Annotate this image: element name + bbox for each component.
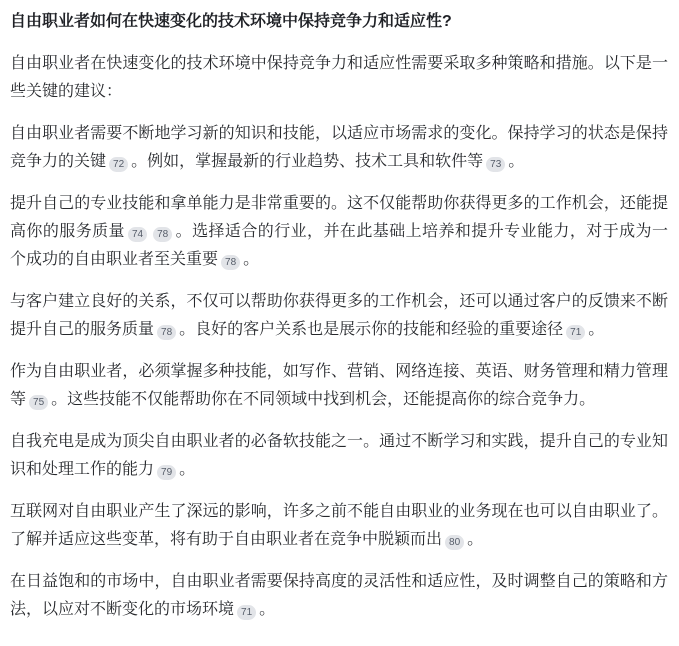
paragraph: 作为自由职业者，必须掌握多种技能，如写作、营销、网络连接、英语、财务管理和精力管… xyxy=(10,358,668,414)
citation-badge[interactable]: 75 xyxy=(29,395,48,410)
citation-badge[interactable]: 79 xyxy=(157,465,176,480)
citation-badge[interactable]: 78 xyxy=(221,255,240,270)
paragraph: 互联网对自由职业产生了深远的影响，许多之前不能自由职业的业务现在也可以自由职业了… xyxy=(10,498,668,554)
paragraph: 在日益饱和的市场中，自由职业者需要保持高度的灵活性和适应性，及时调整自己的策略和… xyxy=(10,568,668,624)
paragraph-text: 。 xyxy=(259,601,275,618)
paragraph-text: 。例如，掌握最新的行业趋势、技术工具和软件等 xyxy=(131,153,483,170)
citation-badge[interactable]: 72 xyxy=(109,157,128,172)
paragraph: 自我充电是成为顶尖自由职业者的必备软技能之一。通过不断学习和实践，提升自己的专业… xyxy=(10,428,668,484)
citation-badge[interactable]: 78 xyxy=(153,227,172,242)
citation-badge[interactable]: 71 xyxy=(566,325,585,340)
answer-content: 自由职业者如何在快速变化的技术环境中保持竞争力和适应性? 自由职业者在快速变化的… xyxy=(0,0,679,624)
citation-badge[interactable]: 80 xyxy=(445,535,464,550)
citation-badge[interactable]: 78 xyxy=(157,325,176,340)
paragraph-text: 。 xyxy=(243,251,259,268)
citation-badge[interactable]: 71 xyxy=(237,605,256,620)
question-title: 自由职业者如何在快速变化的技术环境中保持竞争力和适应性? xyxy=(10,8,668,36)
paragraph-text: 。这些技能不仅能帮助你在不同领域中找到机会，还能提高你的综合竞争力。 xyxy=(51,391,595,408)
citation-badge[interactable]: 74 xyxy=(128,227,147,242)
paragraph: 与客户建立良好的关系，不仅可以帮助你获得更多的工作机会，还可以通过客户的反馈来不… xyxy=(10,288,668,344)
paragraph-text: 。 xyxy=(588,321,604,338)
paragraph-text: 。 xyxy=(179,461,195,478)
paragraph: 提升自己的专业技能和拿单能力是非常重要的。这不仅能帮助你获得更多的工作机会，还能… xyxy=(10,190,668,274)
paragraph: 自由职业者需要不断地学习新的知识和技能，以适应市场需求的变化。保持学习的状态是保… xyxy=(10,120,668,176)
citation-badge[interactable]: 73 xyxy=(486,157,505,172)
paragraph: 自由职业者在快速变化的技术环境中保持竞争力和适应性需要采取多种策略和措施。以下是… xyxy=(10,50,668,106)
paragraph-text: 在日益饱和的市场中，自由职业者需要保持高度的灵活性和适应性，及时调整自己的策略和… xyxy=(10,573,668,618)
answer-body: 自由职业者在快速变化的技术环境中保持竞争力和适应性需要采取多种策略和措施。以下是… xyxy=(10,50,668,624)
paragraph-text: 自我充电是成为顶尖自由职业者的必备软技能之一。通过不断学习和实践，提升自己的专业… xyxy=(10,433,668,478)
paragraph-text: 。 xyxy=(508,153,524,170)
paragraph-text: 互联网对自由职业产生了深远的影响，许多之前不能自由职业的业务现在也可以自由职业了… xyxy=(10,503,668,548)
paragraph-text: 。 xyxy=(467,531,483,548)
paragraph-text: 。良好的客户关系也是展示你的技能和经验的重要途径 xyxy=(179,321,563,338)
paragraph-text: 自由职业者在快速变化的技术环境中保持竞争力和适应性需要采取多种策略和措施。以下是… xyxy=(10,55,668,100)
